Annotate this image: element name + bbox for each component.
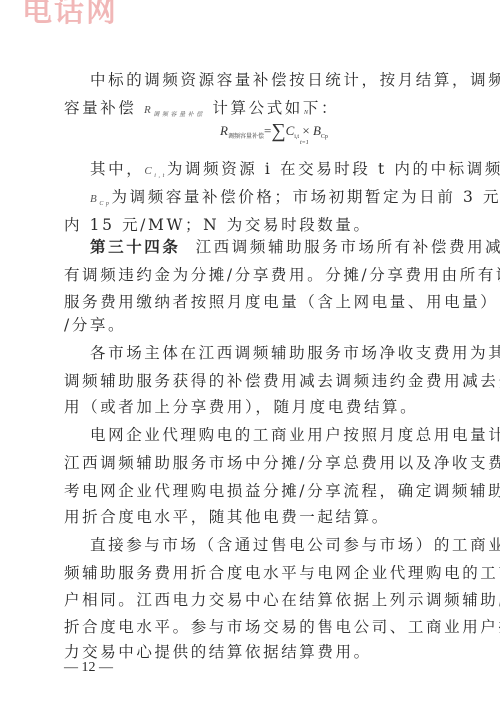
text-line: 中标的调频资源容量补偿按日统计，按月结算，调频资源日	[90, 68, 500, 90]
formula: R调频容量补偿=∑Nt=1Ci,t × BCp	[220, 118, 328, 141]
text-line: 直接参与市场（含通过售电公司参与市场）的工商业用户调	[90, 533, 500, 555]
text-line: 各市场主体在江西调频辅助服务市场净收支费用为其提供	[90, 341, 500, 363]
text-line: 有调频违约金为分摊/分享费用。分摊/分享费用由所有调频辅助	[64, 263, 500, 285]
formula-variable: BCp	[90, 193, 112, 205]
text-line: 用（或者加上分享费用），随月度电费结算。	[64, 395, 418, 417]
text-segment: 计算公式如下：	[212, 99, 339, 117]
text-line: 电网企业代理购电的工商业用户按照月度总用电量计算在	[90, 423, 500, 445]
formula-variable: Ci,t	[144, 165, 167, 177]
text-segment: 为调频资源 i 在交易时段 t 内的中标调频容量；	[167, 160, 500, 178]
text-line: 第三十四条 江西调频辅助服务市场所有补偿费用减去所	[90, 235, 500, 257]
text-line: 江西调频辅助服务市场中分摊/分享总费用以及净收支费用，参	[64, 451, 500, 473]
text-segment: 江西调频辅助服务市场所有补偿费用减去所	[196, 238, 500, 256]
text-line: 其中，Ci,t为调频资源 i 在交易时段 t 内的中标调频容量；	[90, 157, 500, 179]
text-line: 服务费用缴纳者按照月度电量（含上网电量、用电量）比例分摊	[64, 290, 500, 312]
text-line: 调频辅助服务获得的补偿费用减去调频违约金费用减去分摊费	[64, 369, 500, 391]
page-number: — 12 —	[64, 660, 113, 676]
watermark-logo: 电话网	[22, 0, 118, 30]
text-line: 频辅助服务费用折合度电水平与电网企业代理购电的工商业用	[64, 561, 500, 583]
text-line: 力交易中心提供的结算依据结算费用。	[64, 640, 372, 662]
text-line: 内 15 元/MW；N 为交易时段数量。	[64, 213, 372, 235]
text-line: 容量补偿 R调频容量补偿 计算公式如下：	[64, 96, 339, 118]
text-line: 户相同。江西电力交易中心在结算依据上列示调频辅助服务费用	[64, 588, 500, 610]
text-line: 用折合度电水平，随其他电费一起结算。	[64, 505, 390, 527]
article-number: 第三十四条	[90, 237, 181, 256]
text-line: 折合度电水平。参与市场交易的售电公司、工商业用户按江西电	[64, 615, 500, 637]
text-line: 考电网企业代理购电损益分摊/分享流程，确定调频辅助服务费	[64, 479, 500, 501]
text-line: BCp为调频容量补偿价格；市场初期暂定为日前 3 元/MW，日	[90, 185, 500, 207]
text-segment: 为调频容量补偿价格；市场初期暂定为日前 3 元/MW，日	[112, 188, 500, 206]
text-line: /分享。	[64, 313, 126, 335]
text-segment: 容量补偿	[64, 99, 136, 117]
text-segment: 其中，	[90, 160, 144, 178]
formula-variable: R调频容量补偿	[144, 104, 205, 116]
